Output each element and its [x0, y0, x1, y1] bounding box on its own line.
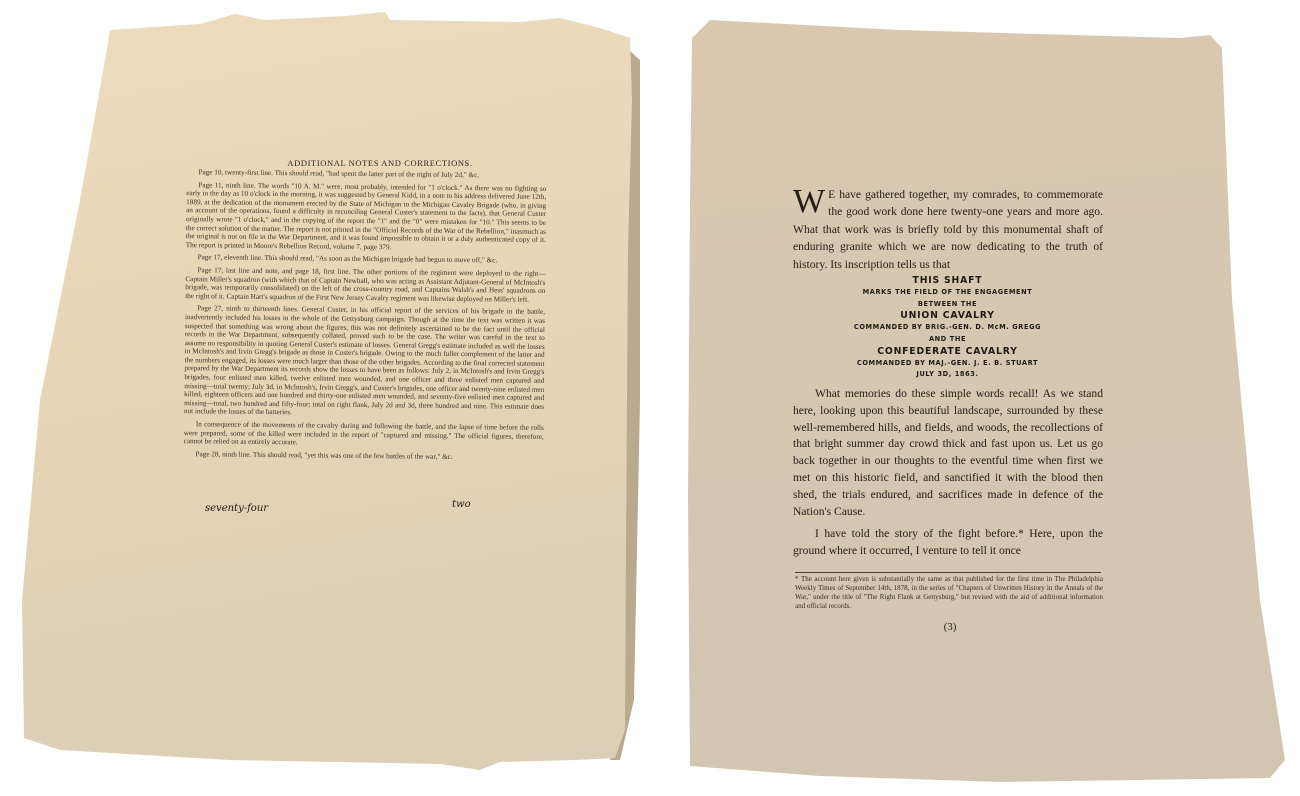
note-paragraph: Page 11, ninth line. The words "10 A. M.…	[186, 181, 547, 254]
inscription-line: UNION CAVALRY	[815, 310, 1080, 322]
inscription-line: CONFEDERATE CAVALRY	[815, 346, 1080, 358]
right-page-body: What memories do these simple words reca…	[793, 386, 1103, 566]
left-page-body: Page 10, twenty-first line. This should …	[183, 168, 546, 466]
handwritten-correction: seventy-four	[205, 503, 268, 514]
note-paragraph: Page 27, ninth to thirteenth lines. Gene…	[184, 304, 545, 419]
note-paragraph: Page 17, last line and note, and page 18…	[185, 266, 545, 304]
right-page-opening: WE have gathered together, my comrades, …	[793, 186, 1103, 279]
body-paragraph: I have told the story of the fight befor…	[793, 526, 1103, 560]
inscription-line: MARKS THE FIELD OF THE ENGAGEMENT	[815, 287, 1080, 299]
left-page-title: ADDITIONAL NOTES AND CORRECTIONS.	[200, 158, 560, 168]
handwritten-correction: two	[452, 499, 471, 510]
note-paragraph: Page 28, ninth line. This should read, "…	[184, 450, 544, 462]
note-paragraph: Page 17, eleventh line. This should read…	[186, 253, 546, 265]
page-number: (3)	[930, 621, 970, 633]
inscription-line: COMMANDED BY MAJ.-GEN. J. E. B. STUART	[815, 358, 1080, 370]
footnote: * The account here given is substantiall…	[795, 575, 1103, 611]
drop-cap: W	[793, 188, 825, 216]
inscription-line: AND THE	[815, 334, 1080, 346]
inscription-line: COMMANDED BY BRIG.-GEN. D. McM. GREGG	[815, 322, 1080, 334]
monument-inscription: THIS SHAFTMARKS THE FIELD OF THE ENGAGEM…	[815, 275, 1080, 381]
inscription-line: BETWEEN THE	[815, 299, 1080, 311]
inscription-line: THIS SHAFT	[815, 275, 1080, 287]
opening-paragraph: E have gathered together, my comrades, t…	[793, 188, 1103, 271]
footnote-rule	[795, 572, 1101, 573]
note-paragraph: In consequence of the movements of the c…	[184, 420, 544, 450]
body-paragraph: What memories do these simple words reca…	[793, 386, 1103, 520]
inscription-line: JULY 3D, 1863.	[815, 369, 1080, 381]
